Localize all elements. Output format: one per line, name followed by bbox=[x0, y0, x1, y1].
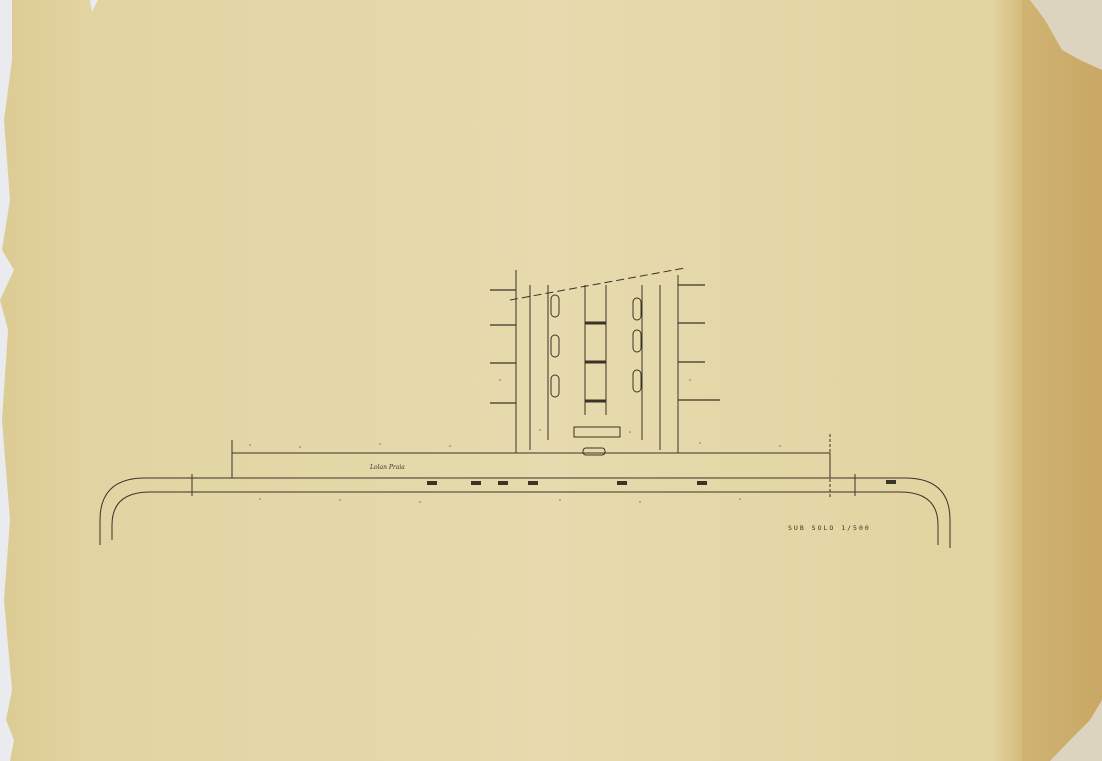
scale-label: SUB SOLO 1/500 bbox=[788, 524, 871, 532]
site-plan-drawing bbox=[0, 0, 1102, 761]
building-label: Lolan Praia bbox=[370, 464, 405, 471]
